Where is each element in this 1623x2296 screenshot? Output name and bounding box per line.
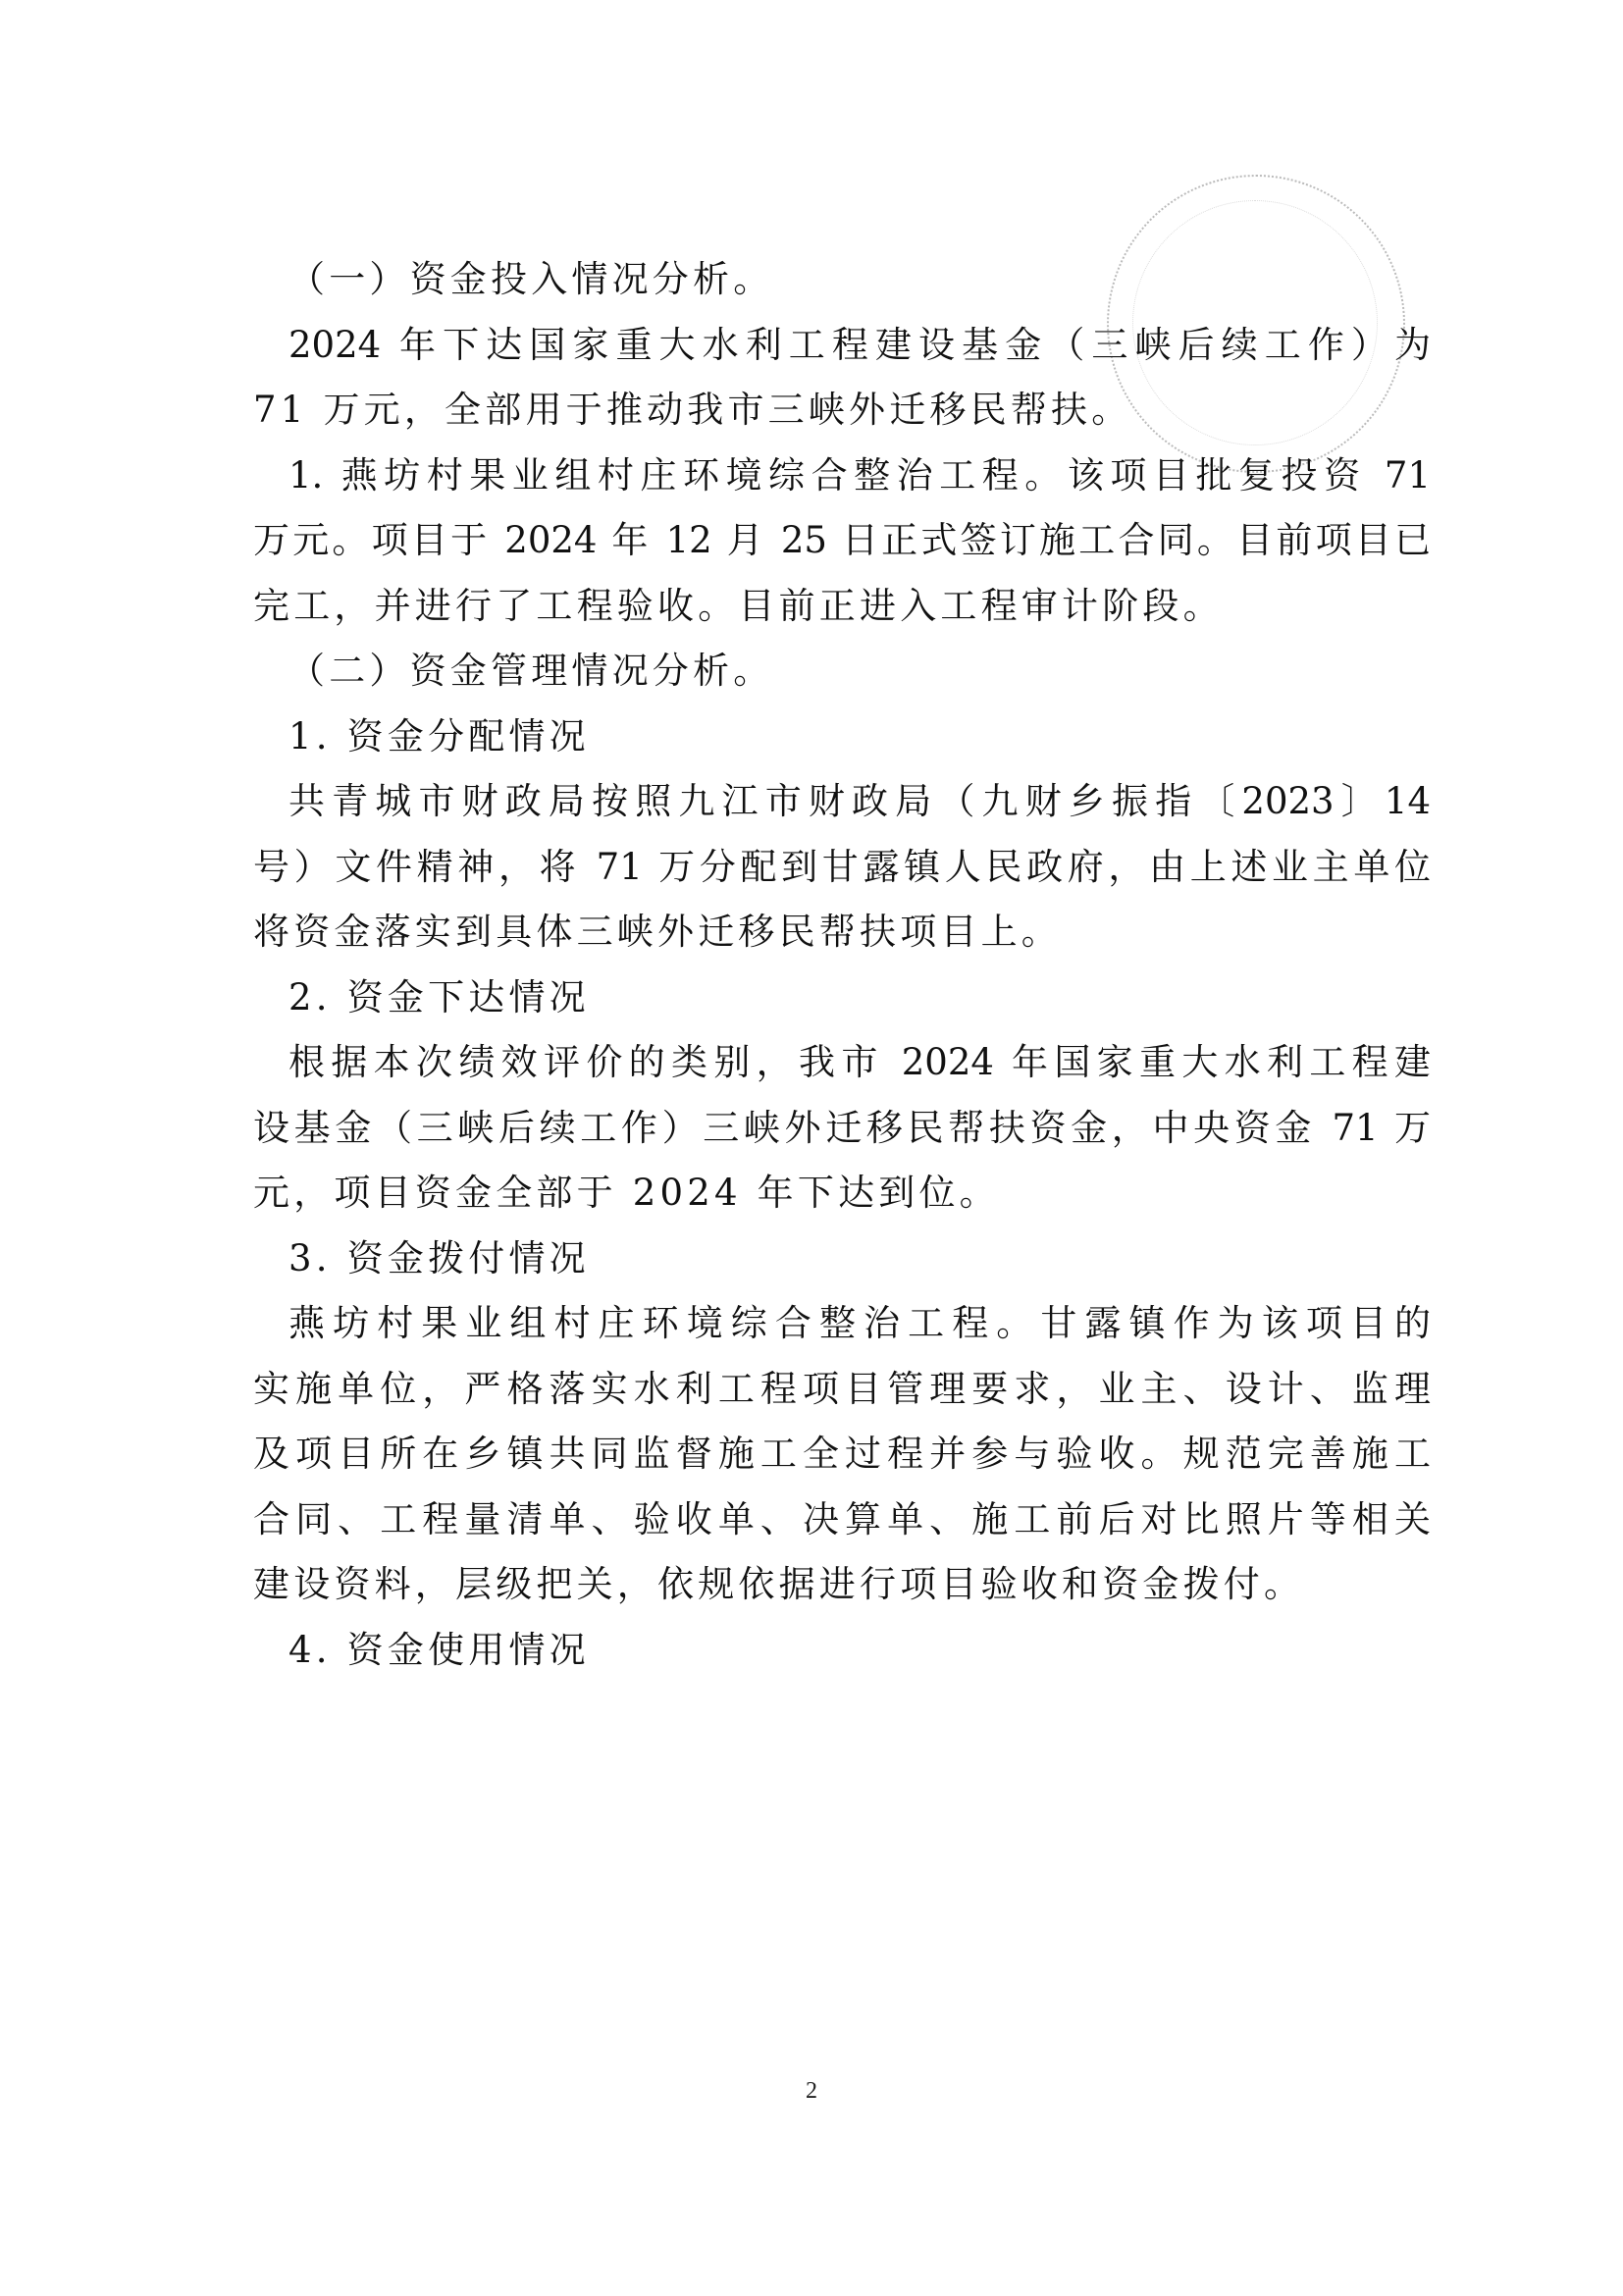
subheading-fund-disbursement: 3. 资金拨付情况 (253, 1226, 1431, 1292)
subheading-fund-usage: 4. 资金使用情况 (253, 1618, 1431, 1684)
paragraph-line: 建设资料，层级把关，依规依据进行项目验收和资金拨付。 (253, 1552, 1431, 1618)
section-heading-2: （二）资金管理情况分析。 (253, 639, 1431, 704)
paragraph-line: 71 万元，全部用于推动我市三峡外迁移民帮扶。 (253, 378, 1431, 444)
document-page: （一）资金投入情况分析。 2024 年下达国家重大水利工程建设基金（三峡后续工作… (0, 0, 1623, 2296)
paragraph-line: 号）文件精神，将 71 万分配到甘露镇人民政府，由上述业主单位 (253, 835, 1431, 901)
paragraph-line: 及项目所在乡镇共同监督施工全过程并参与验收。规范完善施工 (253, 1422, 1431, 1487)
paragraph-line: 2024 年下达国家重大水利工程建设基金（三峡后续工作）为 (253, 313, 1431, 379)
section-heading-1: （一）资金投入情况分析。 (253, 247, 1431, 313)
paragraph-line: 设基金（三峡后续工作）三峡外迁移民帮扶资金，中央资金 71 万 (253, 1096, 1431, 1162)
paragraph-line: 1. 燕坊村果业组村庄环境综合整治工程。该项目批复投资 71 (253, 444, 1431, 509)
paragraph-line: 完工，并进行了工程验收。目前正进入工程审计阶段。 (253, 574, 1431, 640)
page-number: 2 (0, 2078, 1623, 2105)
paragraph-line: 共青城市财政局按照九江市财政局（九财乡振指〔2023〕14 (253, 769, 1431, 835)
paragraph-line: 将资金落实到具体三峡外迁移民帮扶项目上。 (253, 900, 1431, 965)
paragraph-line: 燕坊村果业组村庄环境综合整治工程。甘露镇作为该项目的 (253, 1291, 1431, 1357)
subheading-fund-issuance: 2. 资金下达情况 (253, 965, 1431, 1031)
paragraph-line: 根据本次绩效评价的类别，我市 2024 年国家重大水利工程建 (253, 1030, 1431, 1096)
subheading-fund-allocation: 1. 资金分配情况 (253, 704, 1431, 770)
document-body: （一）资金投入情况分析。 2024 年下达国家重大水利工程建设基金（三峡后续工作… (253, 247, 1431, 1683)
paragraph-line: 实施单位，严格落实水利工程项目管理要求，业主、设计、监理 (253, 1357, 1431, 1423)
paragraph-line: 万元。项目于 2024 年 12 月 25 日正式签订施工合同。目前项目已 (253, 508, 1431, 574)
paragraph-line: 合同、工程量清单、验收单、决算单、施工前后对比照片等相关 (253, 1487, 1431, 1553)
paragraph-line: 元，项目资金全部于 2024 年下达到位。 (253, 1161, 1431, 1226)
